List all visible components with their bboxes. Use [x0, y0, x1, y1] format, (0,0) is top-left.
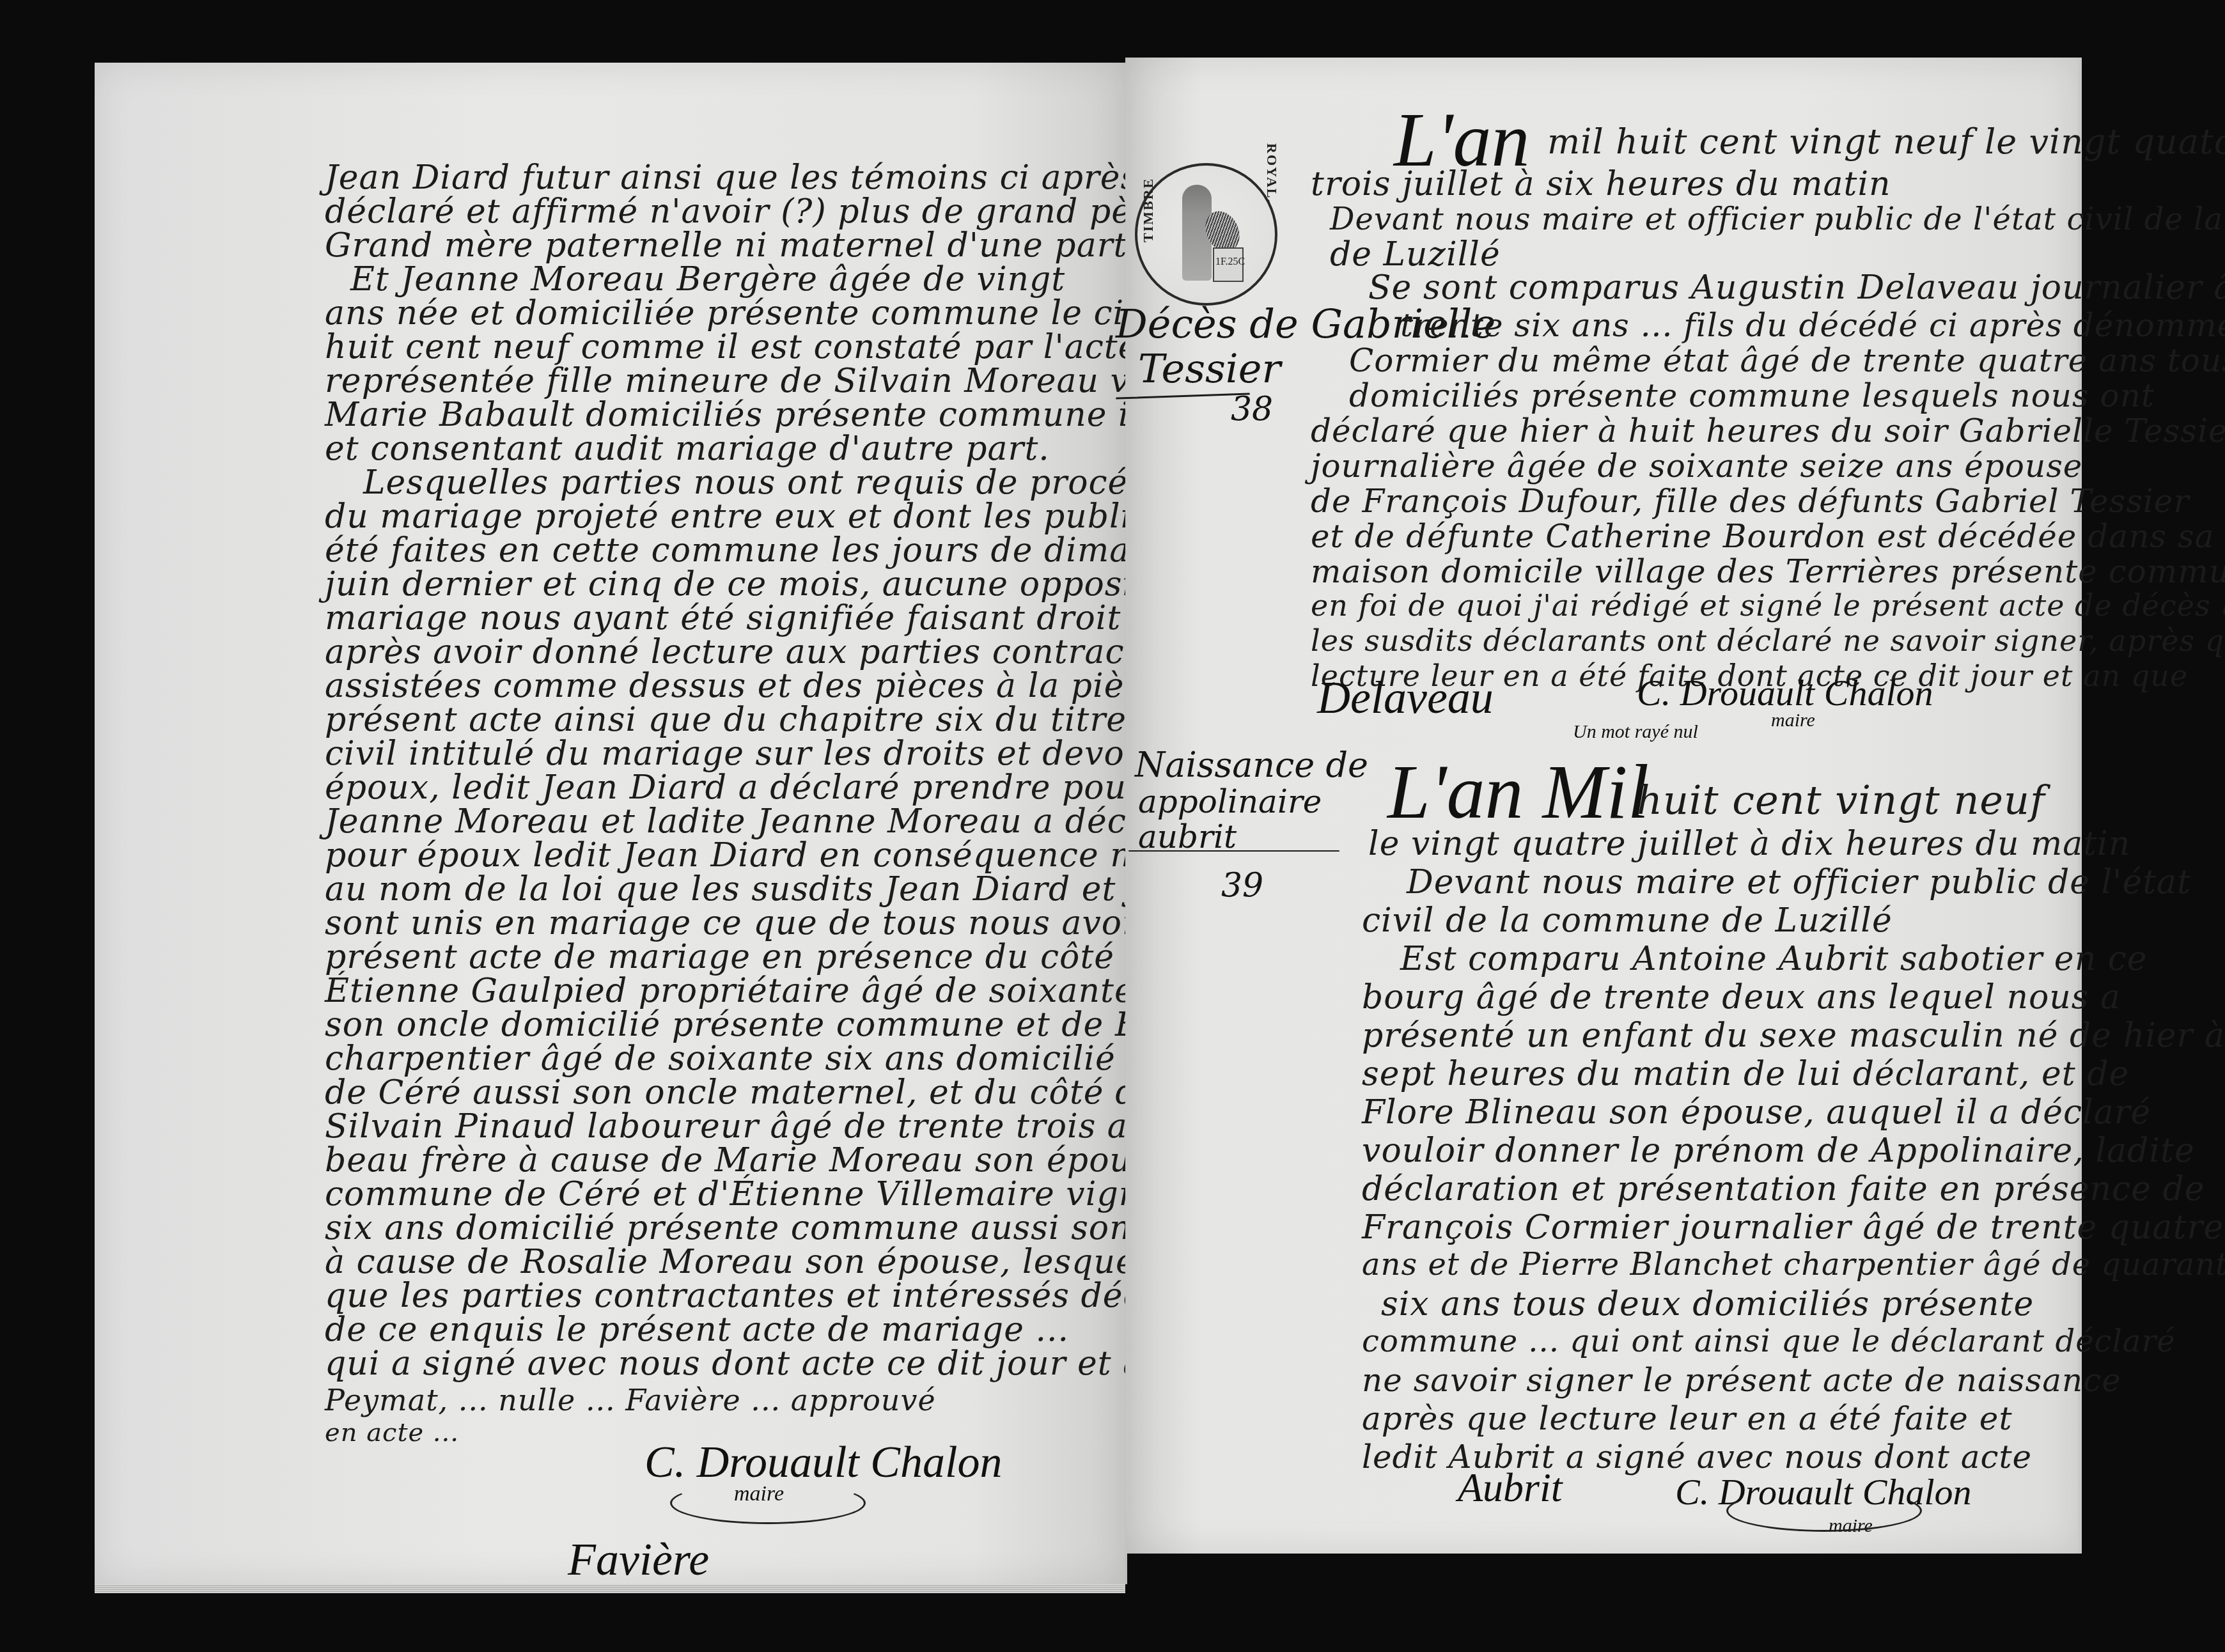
- signature-aubrit: Aubrit: [1458, 1464, 1563, 1511]
- signature-mayor: C. Drouault Chalon: [644, 1437, 1002, 1488]
- entry-2-line-14: six ans tous deux domiciliés présente: [1381, 1285, 2034, 1323]
- left-line-15: après avoir donné lecture aux parties co…: [325, 633, 1233, 671]
- margin-note-deces-2: Tessier: [1138, 345, 1281, 392]
- margin-rule-2: [1128, 850, 1339, 852]
- signature-mayor-1-title: maire: [1771, 710, 1815, 731]
- entry-2-line-16: ne savoir signer le présent acte de nais…: [1362, 1362, 2121, 1399]
- signature-flourish-2: [1726, 1490, 1922, 1532]
- entry-2-line-7: présenté un enfant du sexe masculin né d…: [1362, 1017, 2225, 1055]
- entry-1-line-12: et de défunte Catherine Bourdon est décé…: [1311, 518, 2214, 555]
- left-line-29: Silvain Pinaud laboureur âgé de trente t…: [325, 1107, 1239, 1146]
- entry-2-line-11: déclaration et présentation faite en pré…: [1362, 1170, 2205, 1208]
- entry-1-line-6: trente six ans ... fils du décédé ci apr…: [1400, 307, 2225, 344]
- entry-1-line-5: Se sont comparus Augustin Delaveau journ…: [1368, 269, 2225, 307]
- left-line-3: Grand mère paternelle ni maternel d'une …: [325, 226, 1139, 265]
- entry-2-line-13: ans et de Pierre Blanchet charpentier âg…: [1362, 1247, 2225, 1282]
- signature-flourish: [670, 1482, 866, 1524]
- entry-1-line-13: maison domicile village des Terrières pr…: [1311, 553, 2225, 590]
- signature-delaveau: Delaveau: [1317, 671, 1494, 724]
- entry-2-heading: L'an Mil: [1387, 748, 1649, 836]
- left-line-38: en acte ...: [325, 1418, 459, 1447]
- entry-2-line-10: vouloir donner le prénom de Appolinaire,…: [1362, 1132, 2195, 1170]
- page-edge-stack: [95, 1584, 1125, 1593]
- entry-2-line-8: sept heures du matin de lui déclarant, e…: [1362, 1055, 2129, 1093]
- left-line-35: de ce enquis le présent acte de mariage …: [325, 1311, 1069, 1349]
- signature-faviere: Favière: [568, 1533, 709, 1586]
- left-line-4: Et Jeanne Moreau Bergère âgée de vingt: [350, 260, 1065, 299]
- entry-2-line-1: huit cent vingt neuf: [1637, 777, 2045, 823]
- entry-2-line-12: François Cormier journalier âgé de trent…: [1362, 1208, 2224, 1247]
- entry-2-line-17: après que lecture leur en a été faite et: [1362, 1400, 2013, 1437]
- stamp-text-right: ROYAL.: [1263, 143, 1280, 204]
- entry-2-line-4: civil de la commune de Luzillé: [1362, 901, 1893, 940]
- entry-number-38: 38: [1231, 390, 1273, 428]
- entry-2-line-9: Flore Blineau son épouse, auquel il a dé…: [1362, 1093, 2151, 1132]
- entry-1-line-3: Devant nous maire et officier public de …: [1330, 201, 2225, 237]
- entry-2-line-6: bourg âgé de trente deux ans lequel nous…: [1362, 978, 2121, 1017]
- entry-1-line-4: de Luzillé: [1330, 235, 1501, 274]
- entry-2-line-3: Devant nous maire et officier public de …: [1407, 863, 2191, 901]
- stamp-text-left: TIMBRE: [1140, 178, 1157, 242]
- left-line-9: et consentant audit mariage d'autre part…: [325, 430, 1050, 468]
- entry-1-line-11: de François Dufour, fille des défunts Ga…: [1311, 483, 2189, 520]
- margin-note-naissance-1: Naissance de: [1135, 745, 1368, 785]
- timbre-royal-stamp: 1F.25C TIMBRE ROYAL.: [1135, 163, 1277, 306]
- entry-1-line-14: en foi de quoi j'ai rédigé et signé le p…: [1311, 588, 2225, 623]
- entry-1-line-7: Cormier du même état âgé de trente quatr…: [1349, 342, 2225, 379]
- entry-2-line-2: le vingt quatre juillet à dix heures du …: [1368, 825, 2130, 863]
- entry-1-line-1: mil huit cent vingt neuf le vingt quator…: [1547, 121, 2225, 162]
- entry-2-line-15: commune ... qui ont ainsi que le déclara…: [1362, 1323, 2176, 1359]
- left-page: Jean Diard futur ainsi que les témoins c…: [95, 63, 1127, 1584]
- signature-mayor-1: C. Drouault Chalon: [1637, 671, 1933, 714]
- stamp-price: 1F.25C: [1215, 256, 1245, 268]
- margin-note-naissance-2: appolinaire: [1138, 783, 1322, 820]
- erasure-note: Un mot rayé nul: [1573, 721, 1698, 743]
- entry-number-39: 39: [1221, 866, 1263, 905]
- entry-1-line-15: les susdits déclarants ont déclaré ne sa…: [1311, 623, 2225, 658]
- entry-1-line-9: déclaré que hier à huit heures du soir G…: [1311, 412, 2225, 449]
- entry-1-line-2: trois juillet à six heures du matin: [1311, 165, 1891, 203]
- entry-1-line-8: domiciliés présente commune lesquels nou…: [1349, 377, 2155, 414]
- left-line-37: Peymat, ... nulle ... Favière ... approu…: [325, 1383, 936, 1417]
- entry-2-line-5: Est comparu Antoine Aubrit sabotier en c…: [1400, 940, 2148, 978]
- entry-1-line-10: journalière âgée de soixante seize ans é…: [1311, 448, 2082, 485]
